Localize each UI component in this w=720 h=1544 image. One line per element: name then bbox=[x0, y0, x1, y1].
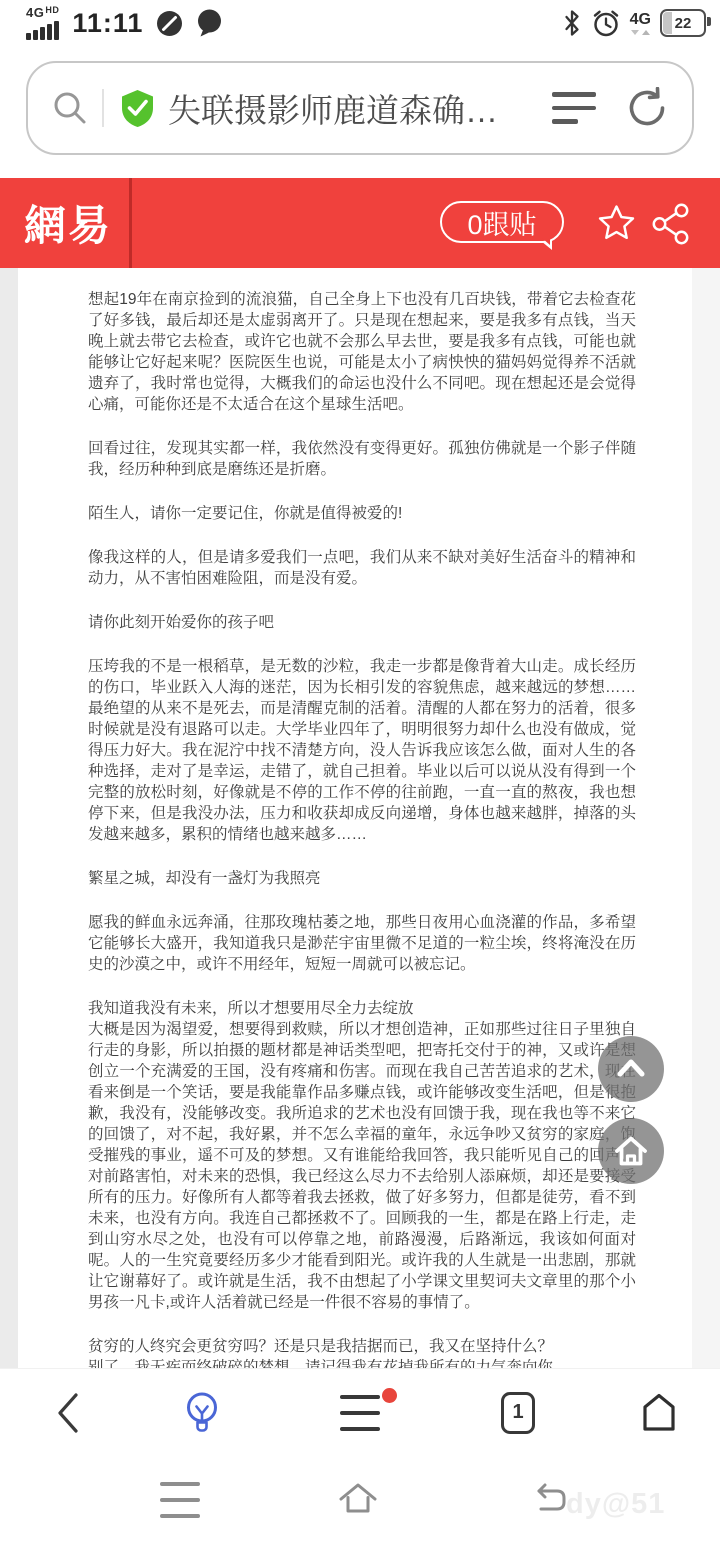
browser-menu-button[interactable] bbox=[340, 1395, 380, 1431]
watermark: dy@51 bbox=[566, 1488, 665, 1521]
address-bar[interactable]: 失联摄影师鹿道森确… bbox=[26, 61, 694, 155]
phone-screen: 4GHD 11:11 4G bbox=[0, 0, 720, 1544]
home-icon bbox=[610, 1130, 652, 1172]
floating-home-button[interactable] bbox=[598, 1118, 664, 1184]
article-paragraph: 请你此刻开始爱你的孩子吧 bbox=[88, 612, 636, 633]
article-body: 想起19年在南京捡到的流浪猫，自己全身上下也没有几百块钱，带着它去检查花了好多钱… bbox=[88, 289, 636, 1368]
article-paragraph: 陌生人，请你一定要记住，你就是值得被爱的! bbox=[88, 503, 636, 524]
article-paragraph: 别了，我无疾而终破碎的梦想，请记得我有花掉我所有的力气奔向你 bbox=[88, 1357, 636, 1368]
article-paragraph: 像我这样的人，但是请多爱我们一点吧，我们从来不缺对美好生活奋斗的精神和动力，从不… bbox=[88, 547, 636, 589]
system-navbar: dy@51 bbox=[0, 1456, 720, 1544]
download-arrow-icon bbox=[631, 30, 639, 35]
compass-icon bbox=[156, 10, 183, 37]
tabs-button[interactable]: 1 bbox=[501, 1392, 535, 1434]
signal-strength-icon: 4GHD bbox=[26, 6, 59, 40]
article-paragraph: 我知道我没有未来，所以才想要用尽全力去绽放 bbox=[88, 998, 636, 1019]
browser-back-button[interactable] bbox=[52, 1390, 82, 1436]
browser-home-button[interactable] bbox=[637, 1391, 681, 1435]
chevron-left-icon bbox=[52, 1390, 82, 1436]
tab-count: 1 bbox=[512, 1401, 523, 1424]
page-left-margin bbox=[0, 268, 18, 1368]
chat-bubble-icon bbox=[196, 9, 223, 37]
bluetooth-icon bbox=[562, 8, 582, 38]
share-icon[interactable] bbox=[651, 203, 691, 245]
article-paragraph: 大概是因为渴望爱，想要得到救赎，所以才想创造神，正如那些过往日子里独自行走的身影… bbox=[88, 1019, 636, 1313]
article-paragraph: 繁星之城，却没有一盏灯为我照亮 bbox=[88, 868, 636, 889]
lightbulb-icon bbox=[179, 1390, 225, 1436]
notification-dot bbox=[382, 1388, 397, 1403]
logo-divider bbox=[129, 178, 132, 268]
article-paragraph: 想起19年在南京捡到的流浪猫，自己全身上下也没有几百块钱，带着它去检查花了好多钱… bbox=[88, 289, 636, 415]
comments-count-label: 0跟贴 bbox=[467, 203, 536, 242]
refresh-icon[interactable] bbox=[626, 87, 668, 129]
nav-recents-button[interactable] bbox=[160, 1482, 200, 1518]
article-paragraph: 愿我的鲜血永远奔涌，往那玫瑰枯萎之地，那些日夜用心血浇灌的作品，多希望它能够长大… bbox=[88, 912, 636, 975]
article-content: 想起19年在南京捡到的流浪猫，自己全身上下也没有几百块钱，带着它去检查花了好多钱… bbox=[0, 268, 720, 1368]
netease-logo[interactable]: 網易 bbox=[24, 193, 112, 253]
site-header: 網易 0跟贴 bbox=[0, 178, 720, 268]
comments-button[interactable]: 0跟贴 bbox=[440, 201, 564, 243]
alarm-clock-icon bbox=[591, 8, 621, 38]
nav-home-button[interactable] bbox=[336, 1480, 380, 1520]
network-type-indicator: 4G bbox=[630, 12, 651, 35]
page-title: 失联摄影师鹿道森确… bbox=[168, 85, 552, 132]
reader-mode-icon[interactable] bbox=[552, 92, 596, 124]
nav-home-icon bbox=[336, 1480, 380, 1520]
house-pentagon-icon bbox=[637, 1391, 681, 1435]
address-bar-row: 失联摄影师鹿道森确… bbox=[0, 46, 720, 178]
clock-time: 11:11 bbox=[72, 8, 143, 39]
scroll-to-top-button[interactable] bbox=[598, 1036, 664, 1102]
nav-back-button[interactable] bbox=[526, 1483, 570, 1517]
browser-toolbar: 1 bbox=[0, 1368, 720, 1456]
chevron-up-icon bbox=[611, 1049, 651, 1089]
search-icon bbox=[52, 90, 88, 126]
battery-indicator: 22 bbox=[660, 9, 706, 37]
divider bbox=[102, 89, 104, 127]
article-paragraph: 回看过往，发现其实都一样，我依然没有变得更好。孤独仿佛就是一个影子伴随我，经历种… bbox=[88, 438, 636, 480]
article-paragraph: 压垮我的不是一根稻草，是无数的沙粒，我走一步都是像背着大山走。成长经历的伤口，毕… bbox=[88, 656, 636, 845]
favorite-star-icon[interactable] bbox=[598, 204, 635, 241]
upload-arrow-icon bbox=[642, 30, 650, 35]
return-arrow-icon bbox=[526, 1483, 570, 1517]
status-bar: 4GHD 11:11 4G bbox=[0, 0, 720, 46]
browser-assistant-button[interactable] bbox=[179, 1390, 225, 1436]
security-shield-icon bbox=[120, 89, 155, 128]
article-paragraph: 贫穷的人终究会更贫穷吗？还是只是我拮据而已，我又在坚持什么？ bbox=[88, 1336, 636, 1357]
page-right-margin bbox=[692, 268, 720, 1368]
